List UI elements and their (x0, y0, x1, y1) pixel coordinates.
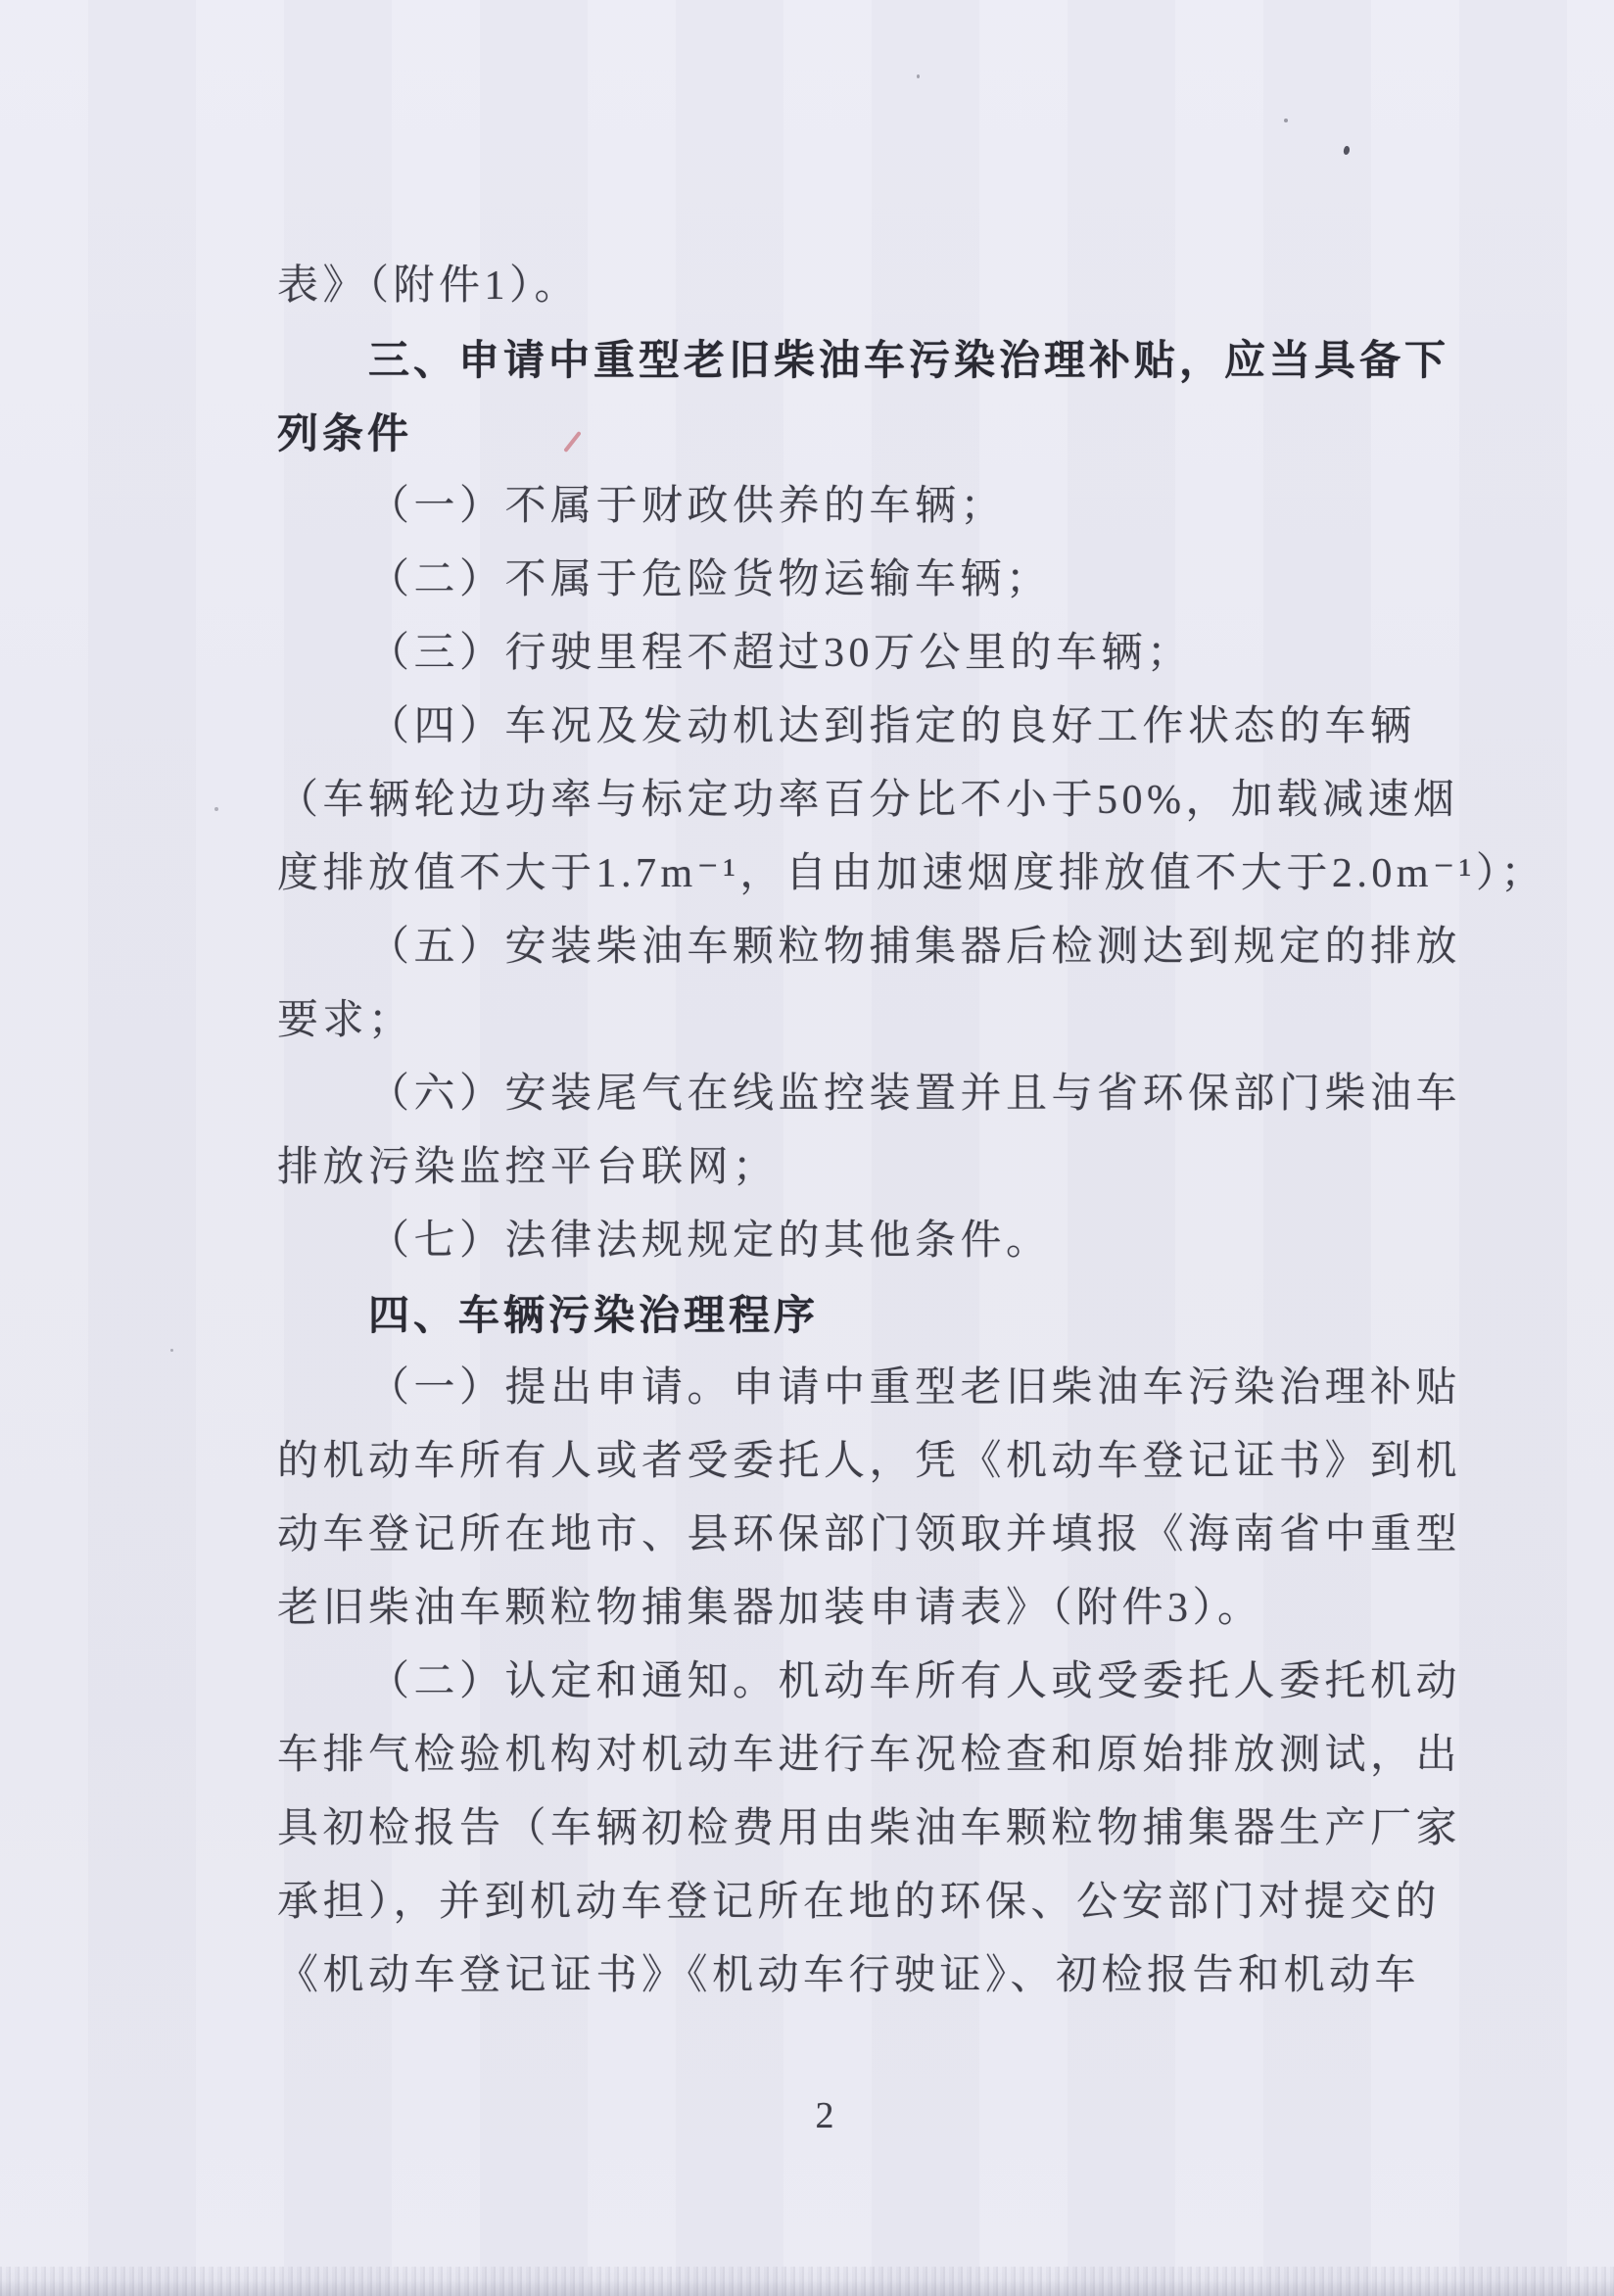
text-line: （六）安装尾气在线监控装置并且与省环保部门柴油车 (277, 1058, 1511, 1131)
text-line-content: 四、车辆污染治理程序 (368, 1292, 819, 1338)
text-line: （车辆轮边功率与标定功率百分比不小于50%，加载减速烟 (277, 764, 1511, 837)
text-line-content: 表》（附件1）。 (277, 263, 580, 309)
text-line: 动车登记所在地市、县环保部门领取并填报《海南省中重型 (277, 1499, 1511, 1572)
scan-edge-shadow (0, 2267, 1614, 2296)
scanned-page: 表》（附件1）。 三、申请中重型老旧柴油车污染治理补贴，应当具备下 列条件 （一… (0, 0, 1614, 2296)
text-line-content: （六）安装尾气在线监控装置并且与省环保部门柴油车 (368, 1072, 1461, 1117)
text-line: 排放污染监控平台联网； (277, 1131, 1511, 1205)
text-line: （二）不属于危险货物运输车辆； (277, 544, 1511, 617)
text-line: 四、车辆污染治理程序 (277, 1278, 1511, 1352)
text-line: （一）提出申请。申请中重型老旧柴油车污染治理补贴 (277, 1352, 1511, 1425)
text-line: （二）认定和通知。机动车所有人或受委托人委托机动 (277, 1646, 1511, 1719)
text-line: 具初检报告（车辆初检费用由柴油车颗粒物捕集器生产厂家 (277, 1793, 1511, 1866)
text-line-content: 承担），并到机动车登记所在地的环保、公安部门对提交的 (277, 1880, 1441, 1925)
text-line: 的机动车所有人或者受委托人，凭《机动车登记证书》到机 (277, 1425, 1511, 1499)
text-line-content: （四）车况及发动机达到指定的良好工作状态的车辆 (368, 704, 1416, 749)
text-line: （一）不属于财政供养的车辆； (277, 470, 1511, 544)
scan-speck (170, 1349, 173, 1352)
text-line: 三、申请中重型老旧柴油车污染治理补贴，应当具备下 (277, 323, 1511, 397)
text-line-content: 三、申请中重型老旧柴油车污染治理补贴，应当具备下 (368, 337, 1449, 383)
scan-speck (1284, 119, 1288, 122)
document-body: 表》（附件1）。 三、申请中重型老旧柴油车污染治理补贴，应当具备下 列条件 （一… (277, 250, 1511, 2013)
text-line: 列条件 (277, 397, 1511, 470)
text-line-content: 度排放值不大于1.7m⁻¹，自由加速烟度排放值不大于2.0m⁻¹）； (277, 851, 1546, 896)
text-line: （七）法律法规规定的其他条件。 (277, 1205, 1511, 1278)
text-line-content: （五）安装柴油车颗粒物捕集器后检测达到规定的排放 (368, 925, 1461, 970)
text-line-content: 具初检报告（车辆初检费用由柴油车颗粒物捕集器生产厂家 (277, 1806, 1461, 1851)
text-line: （四）车况及发动机达到指定的良好工作状态的车辆 (277, 691, 1511, 764)
text-line-content: 要求； (277, 998, 414, 1043)
text-line-content: 列条件 (277, 410, 412, 456)
text-line-content: （三）行驶里程不超过30万公里的车辆； (368, 631, 1193, 676)
text-line: 车排气检验机构对机动车进行车况检查和原始排放测试，出 (277, 1719, 1511, 1793)
text-line: 《机动车登记证书》《机动车行驶证》、初检报告和机动车 (277, 1939, 1511, 2013)
text-line-content: （一）提出申请。申请中重型老旧柴油车污染治理补贴 (368, 1365, 1461, 1411)
page-number: 2 (805, 2094, 844, 2137)
text-line-content: （七）法律法规规定的其他条件。 (368, 1219, 1052, 1264)
text-line: 老旧柴油车颗粒物捕集器加装申请表》（附件3）。 (277, 1572, 1511, 1646)
text-line-content: （车辆轮边功率与标定功率百分比不小于50%，加载减速烟 (277, 778, 1459, 823)
scan-speck (1343, 145, 1351, 155)
text-line-content: （二）不属于危险货物运输车辆； (368, 557, 1052, 602)
text-line: （五）安装柴油车颗粒物捕集器后检测达到规定的排放 (277, 911, 1511, 984)
text-line-content: 《机动车登记证书》《机动车行驶证》、初检报告和机动车 (277, 1953, 1420, 1998)
text-line-content: 车排气检验机构对机动车进行车况检查和原始排放测试，出 (277, 1733, 1461, 1778)
text-line-content: 动车登记所在地市、县环保部门领取并填报《海南省中重型 (277, 1512, 1461, 1557)
text-line: 承担），并到机动车登记所在地的环保、公安部门对提交的 (277, 1866, 1511, 1939)
text-line: 要求； (277, 984, 1511, 1058)
scan-speck (917, 74, 920, 78)
text-line: （三）行驶里程不超过30万公里的车辆； (277, 617, 1511, 691)
text-line-content: 的机动车所有人或者受委托人，凭《机动车登记证书》到机 (277, 1439, 1461, 1484)
text-line: 度排放值不大于1.7m⁻¹，自由加速烟度排放值不大于2.0m⁻¹）； (277, 837, 1511, 911)
text-line-content: （二）认定和通知。机动车所有人或受委托人委托机动 (368, 1659, 1461, 1704)
text-line-content: （一）不属于财政供养的车辆； (368, 484, 1006, 529)
text-line: 表》（附件1）。 (277, 250, 1511, 323)
scan-speck (214, 807, 218, 811)
text-line-content: 排放污染监控平台联网； (277, 1145, 779, 1190)
text-line-content: 老旧柴油车颗粒物捕集器加装申请表》（附件3）。 (277, 1586, 1263, 1631)
